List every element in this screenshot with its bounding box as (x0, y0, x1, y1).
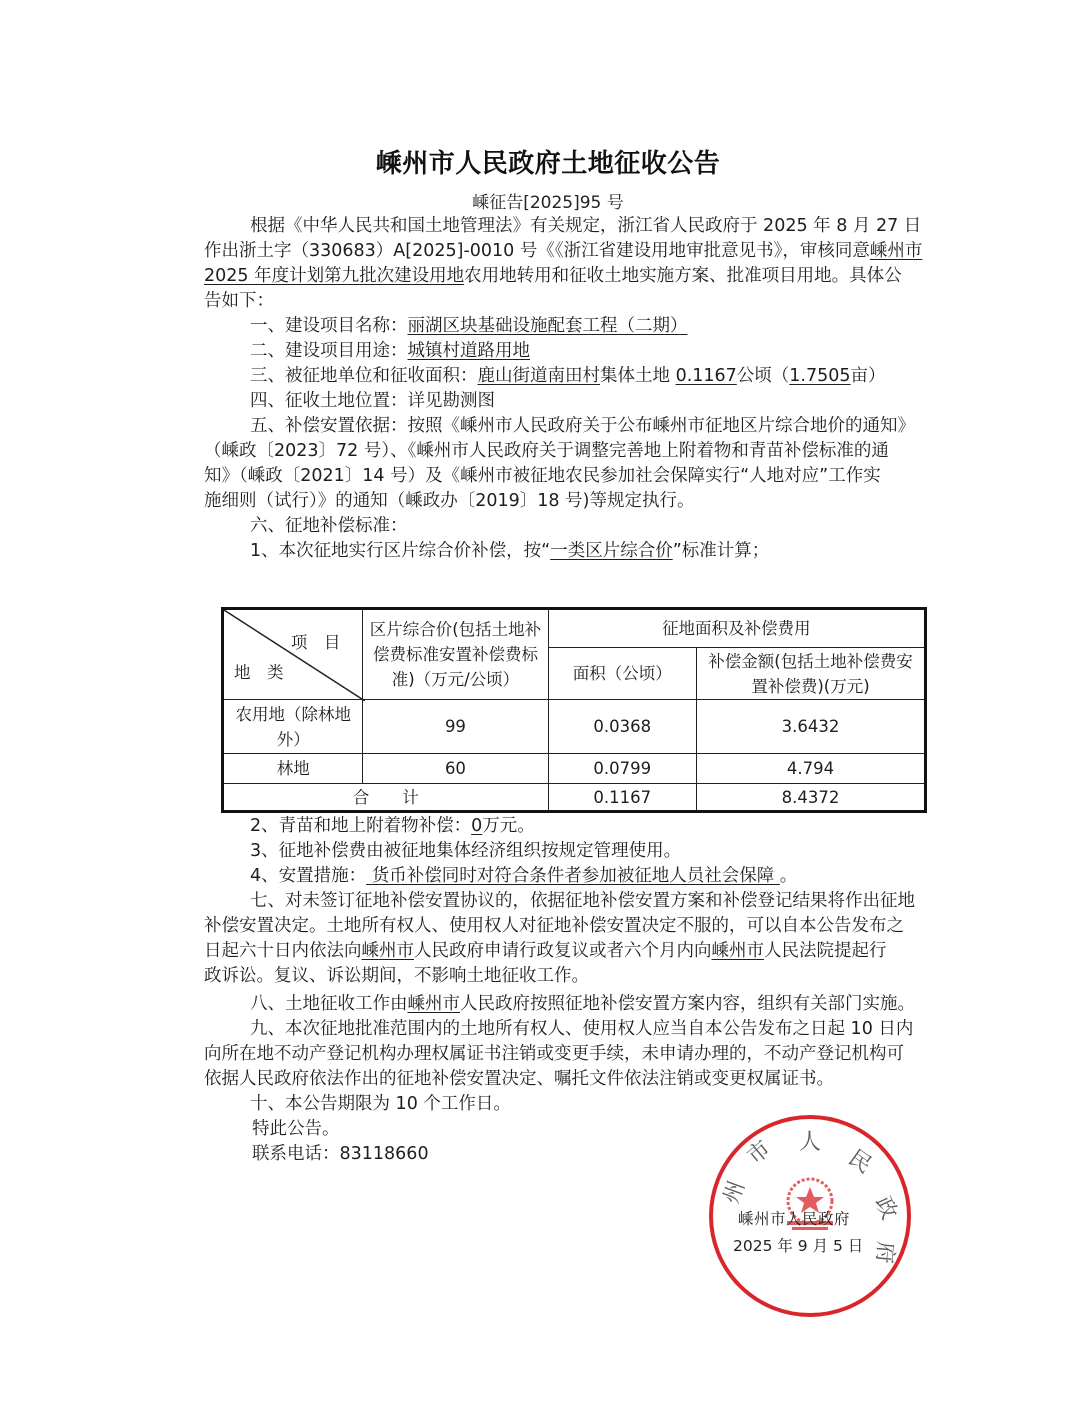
cell-price: 99 (363, 700, 548, 754)
table-header-area: 面积（公顷） (548, 648, 696, 700)
cell-area: 0.0368 (548, 700, 696, 754)
section-7-line: 补偿安置决定。土地所有权人、使用权人对征地补偿安置决定不服的，可以自本公告发布之 (204, 914, 924, 939)
item-basis-line: （嵊政〔2023〕72 号）、《嵊州市人民政府关于调整完善地上附着物和青苗补偿标… (204, 439, 924, 464)
section-9-line: 依据人民政府依法作出的征地补偿安置决定、嘱托文件依法注销或变更权属证书。 (204, 1067, 924, 1092)
item-text: 人民法院提起行 (764, 941, 887, 961)
table-row: 农用地（除林地外） 99 0.0368 3.6432 (223, 700, 926, 754)
table-row: 林地 60 0.0799 4.794 (223, 754, 926, 784)
underlined-text: 嵊州市 (870, 241, 923, 261)
signature-org: 嵊州市人民政府 (738, 1207, 850, 1229)
intro-line: 告如下： (204, 289, 924, 314)
item-text: 日起六十日内依法向 (204, 941, 362, 961)
item-text: 公顷（ (737, 366, 790, 386)
section-7-line: 政诉讼。复议、诉讼期间，不影响土地征收工作。 (204, 964, 924, 989)
area-hectares: 0.1167 (676, 366, 737, 386)
item-expropriated-unit: 三、被征地单位和征收面积：鹿山街道南田村集体土地 0.1167公顷（1.7505… (204, 364, 924, 389)
item-text: 八、土地征收工作由 (250, 994, 408, 1014)
svg-text:政: 政 (870, 1193, 902, 1224)
table-header-price: 区片综合价(包括土地补偿费标准安置补偿费标准)（万元/公顷） (363, 609, 548, 700)
diagonal-line (224, 610, 365, 701)
item-label: 一、建设项目名称： (250, 316, 408, 336)
cell-total-amount: 8.4372 (696, 784, 925, 812)
signature-date: 2025 年 9 月 5 日 (733, 1234, 863, 1256)
item-text: 亩） (851, 366, 886, 386)
area-mu: 1.7505 (789, 366, 850, 386)
section-9-line: 向所在地不动产登记机构办理权属证书注销或变更手续，未申请办理的，不动产登记机构可 (204, 1042, 924, 1067)
item-basis-line: 知》（嵊政〔2021〕14 号）及《嵊州市被征地农民参加社会保障实行“人地对应”… (204, 464, 924, 489)
underlined-text: 2025 年度计划第九批次建设用地 (204, 266, 464, 286)
svg-text:府: 府 (871, 1240, 898, 1264)
table-corner-header: 项 目 地 类 (223, 609, 363, 700)
document-number: 嵊征告[2025]95 号 (0, 188, 1080, 213)
cell-total-area: 0.1167 (548, 784, 696, 812)
phone-label: 联系电话： (252, 1144, 340, 1164)
phone-number: 83118660 (340, 1144, 429, 1164)
section-7-line: 日起六十日内依法向嵊州市人民政府申请行政复议或者六个月内向嵊州市人民法院提起行 (204, 939, 924, 964)
item-value: 鹿山街道南田村 (478, 366, 601, 386)
item-standard-4: 4、安置措施： 货币补偿同时对符合条件者参加被征地人员社会保障 。 (204, 864, 924, 889)
item-standard-2: 2、青苗和地上附着物补偿：0万元。 (204, 814, 924, 839)
corner-label-land-type: 地 类 (234, 660, 284, 685)
intro-line: 根据《中华人民共和国土地管理法》有关规定，浙江省人民政府于 2025 年 8 月… (204, 214, 924, 239)
item-text: 集体土地 (600, 366, 676, 386)
item-label: 二、建设项目用途： (250, 341, 408, 361)
item-text: 1、本次征地实行区片综合价补偿，按“ (250, 541, 550, 561)
item-text: 人民政府申请行政复议或者六个月内向 (414, 941, 712, 961)
intro-text: 农用地转用和征收土地实施方案、批准项目用地。具体公 (464, 266, 902, 286)
item-standard: 六、征地补偿标准： (204, 514, 924, 539)
item-text: 万元。 (482, 816, 535, 836)
intro-text: 作出浙土字（330683）A[2025]-0010 号《《浙江省建设用地审批意见… (204, 241, 870, 261)
table-total-row: 合 计 0.1167 8.4372 (223, 784, 926, 812)
cell-total-label: 合 计 (223, 784, 549, 812)
cell-land-type: 农用地（除林地外） (223, 700, 363, 754)
table-header-group: 征地面积及补偿费用 (548, 609, 926, 648)
underlined-text: 嵊州市 (712, 941, 765, 961)
underlined-text: 一类区片综合价 (550, 541, 673, 561)
document-title: 嵊州市人民政府土地征收公告 (0, 143, 1080, 180)
cell-amount: 3.6432 (696, 700, 925, 754)
item-text: 2、青苗和地上附着物补偿： (250, 816, 471, 836)
svg-text:民: 民 (844, 1145, 876, 1178)
item-value: 丽湖区块基础设施配套工程（二期） (408, 316, 688, 336)
item-text: 4、安置措施： (250, 866, 366, 886)
underlined-text: 0 (471, 816, 482, 836)
cell-price: 60 (363, 754, 548, 784)
item-basis-line: 五、补偿安置依据：按照《嵊州市人民政府关于公布嵊州市征地区片综合地价的通知》 (204, 414, 924, 439)
item-project-name: 一、建设项目名称：丽湖区块基础设施配套工程（二期） (204, 314, 924, 339)
intro-line: 作出浙土字（330683）A[2025]-0010 号《《浙江省建设用地审批意见… (204, 239, 924, 264)
underlined-text: 嵊州市 (408, 994, 461, 1014)
cell-land-type: 林地 (223, 754, 363, 784)
underlined-text: 嵊州市 (362, 941, 415, 961)
intro-line: 2025 年度计划第九批次建设用地农用地转用和征收土地实施方案、批准项目用地。具… (204, 264, 924, 289)
section-9-line: 九、本次征地批准范围内的土地所有权人、使用权人应当自本公告发布之日起 10 日内 (204, 1017, 924, 1042)
section-8: 八、土地征收工作由嵊州市人民政府按照征地补偿安置方案内容，组织有关部门实施。 (204, 992, 924, 1017)
item-value: 城镇村道路用地 (408, 341, 531, 361)
item-project-use: 二、建设项目用途：城镇村道路用地 (204, 339, 924, 364)
item-label: 三、被征地单位和征收面积： (250, 366, 478, 386)
corner-label-item: 项 目 (291, 630, 341, 655)
section-7-line: 七、对未签订征地补偿安置协议的，依据征地补偿安置方案和补偿登记结果将作出征地 (204, 889, 924, 914)
item-text: 。 (780, 866, 798, 886)
table-header-amount: 补偿金额(包括土地补偿费安置补偿费)(万元) (696, 648, 925, 700)
item-standard-3: 3、征地补偿费由被征地集体经济组织按规定管理使用。 (204, 839, 924, 864)
underlined-text: 货币补偿同时对符合条件者参加被征地人员社会保障 (366, 866, 780, 886)
item-text: 人民政府按照征地补偿安置方案内容，组织有关部门实施。 (460, 994, 915, 1014)
svg-text:人: 人 (799, 1130, 821, 1155)
item-text: ”标准计算； (673, 541, 770, 561)
item-basis-line: 施细则（试行）》的通知（嵊政办〔2019〕18 号)等规定执行。 (204, 489, 924, 514)
cell-amount: 4.794 (696, 754, 925, 784)
compensation-table: 项 目 地 类 区片综合价(包括土地补偿费标准安置补偿费标准)（万元/公顷） 征… (221, 607, 927, 813)
item-standard-1: 1、本次征地实行区片综合价补偿，按“一类区片综合价”标准计算； (204, 539, 924, 564)
announcement-page: 嵊州市人民政府土地征收公告 嵊征告[2025]95 号 根据《中华人民共和国土地… (0, 0, 1080, 1420)
cell-area: 0.0799 (548, 754, 696, 784)
document-body: 根据《中华人民共和国土地管理法》有关规定，浙江省人民政府于 2025 年 8 月… (204, 214, 924, 564)
svg-text:州: 州 (719, 1178, 750, 1207)
item-location: 四、征收土地位置：详见勘测图 (204, 389, 924, 414)
